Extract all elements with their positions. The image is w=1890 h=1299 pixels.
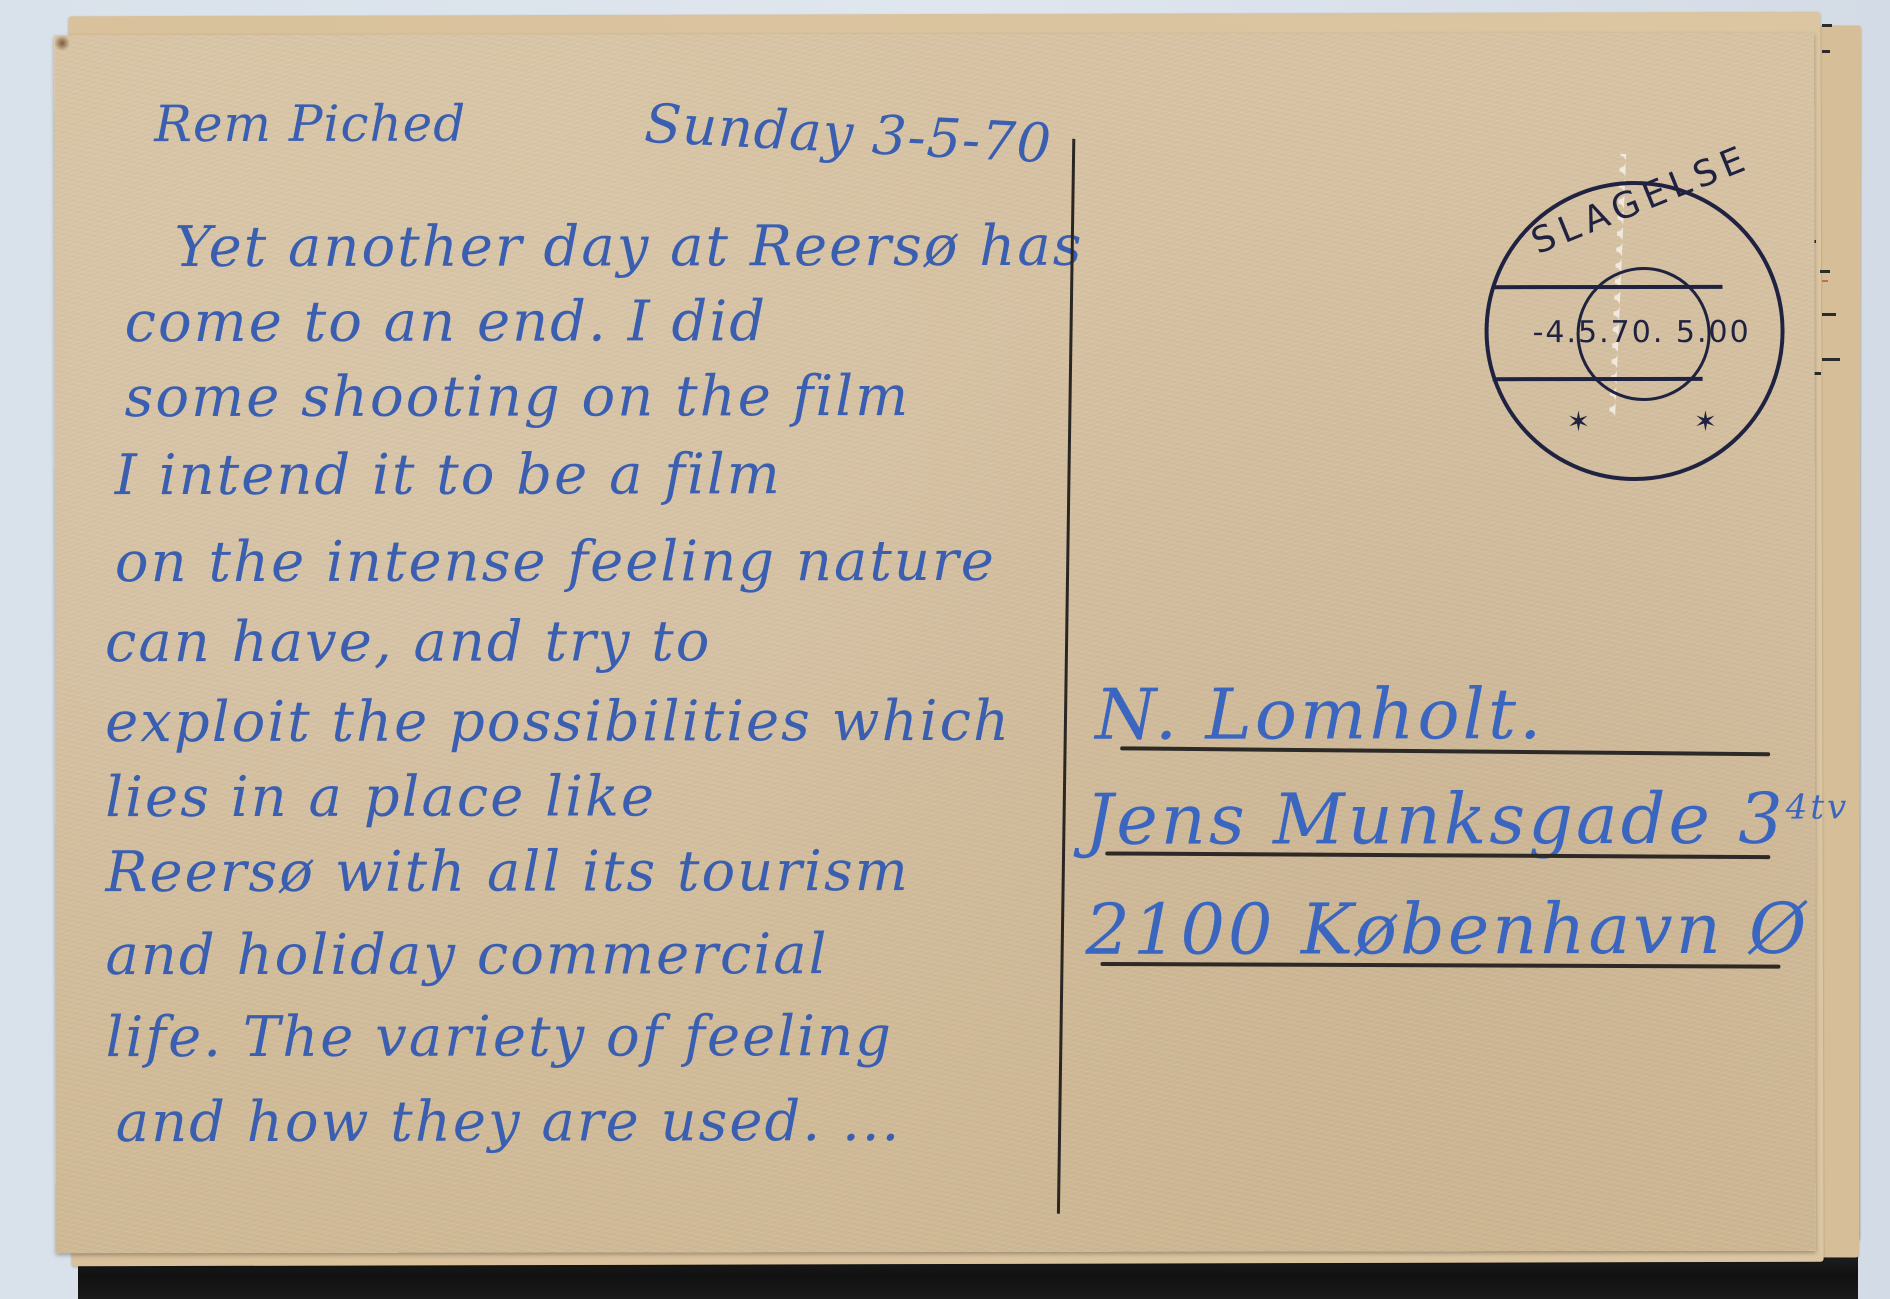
divider-line — [1057, 139, 1075, 1214]
message-line: can have, and try to — [105, 609, 712, 675]
address-street-suffix: 4tv — [1786, 787, 1850, 827]
address-street: Jens Munksgade 34tv — [1085, 778, 1849, 861]
edge-mark — [1822, 313, 1836, 316]
date-written: Sunday 3-5-70 — [643, 92, 1054, 176]
postmark-bar — [1493, 285, 1723, 289]
edge-mark — [1822, 358, 1840, 361]
postmark-date-value: -4.5.70. — [1533, 315, 1665, 350]
message-line: some shooting on the film — [125, 364, 911, 430]
message-line: Yet another day at Reersø has — [174, 214, 1083, 280]
edge-mark — [1822, 50, 1830, 53]
star-icon: ✶ — [1694, 405, 1718, 438]
postmark-date: -4.5.70. 5.00 — [1533, 315, 1751, 350]
stamp-printer-mark: BL SC — [1790, 413, 1814, 423]
postmark-time: 5.00 — [1676, 315, 1751, 350]
message-line: on the intense feeling nature — [115, 529, 996, 595]
message-line: lies in a place like — [105, 764, 656, 830]
edge-mark — [1822, 24, 1832, 27]
message-line: exploit the possibilities which — [105, 689, 1011, 755]
postmark-bar — [1493, 377, 1703, 381]
corner-stain — [54, 35, 70, 51]
postcard: Rem Piched Sunday 3-5-70 Yet another day… — [54, 33, 1816, 1253]
message-line: and how they are used. ... — [116, 1089, 902, 1155]
message-line: Reersø with all its tourism — [105, 839, 910, 905]
postmark: SLAGELSE -4.5.70. 5.00 ✶ ✶ — [1484, 181, 1784, 481]
message-line: and holiday commercial — [105, 922, 828, 988]
message-line: I intend it to be a film — [115, 442, 782, 508]
message-line: life. The variety of feeling — [106, 1004, 894, 1070]
message-line: come to an end. I did — [125, 289, 768, 355]
address-street-text: Jens Munksgade 3 — [1085, 778, 1786, 861]
address-city: 2100 København Ø — [1085, 888, 1809, 971]
star-icon: ✶ — [1567, 405, 1591, 438]
address-name: N. Lomholt. — [1095, 673, 1544, 756]
greeting: Rem Piched — [154, 95, 466, 153]
